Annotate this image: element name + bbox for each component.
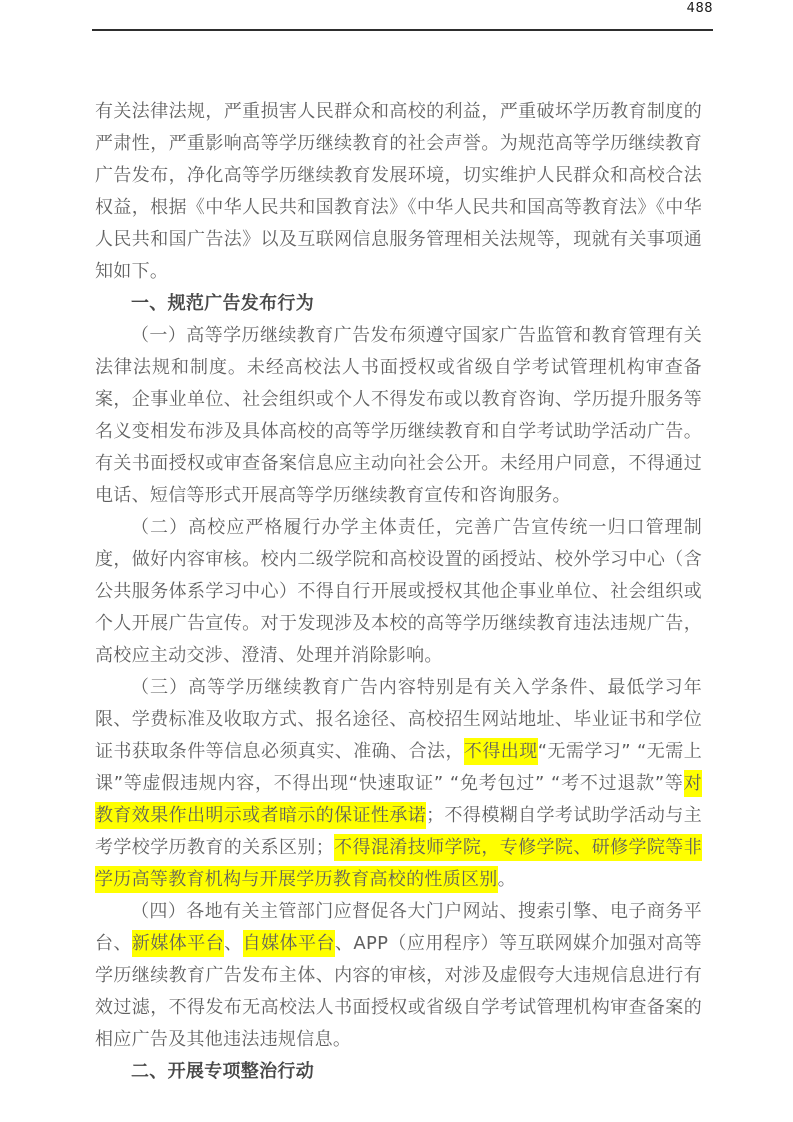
paragraph: 有关法律法规，严重损害人民群众和高校的利益，严重破坏学历教育制度的严肃性，严重影… (95, 96, 702, 288)
paragraph: （四）各地有关主管部门应督促各大门户网站、搜索引擎、电子商务平台、新媒体平台、自… (95, 896, 702, 1056)
highlighted-text: 自媒体平台 (243, 930, 335, 957)
header-rule (92, 29, 713, 31)
highlighted-text: 不得出现 (464, 738, 538, 765)
text-run: 有关法律法规，严重损害人民群众和高校的利益，严重破坏学历教育制度的严肃性，严重影… (95, 101, 702, 282)
text-run: （二）高校应严格履行办学主体责任，完善广告宣传统一归口管理制度，做好内容审核。校… (95, 517, 702, 666)
text-run: （一）高等学历继续教育广告发布须遵守国家广告监管和教育管理有关法律法规和制度。未… (95, 325, 702, 506)
page-number: 488 (687, 1, 713, 16)
text-run: 二、开展专项整治行动 (131, 1061, 314, 1082)
document-page: 488 有关法律法规，严重损害人民群众和高校的利益，严重破坏学历教育制度的严肃性… (0, 0, 793, 1122)
text-run: 。 (498, 869, 516, 890)
document-body: 有关法律法规，严重损害人民群众和高校的利益，严重破坏学历教育制度的严肃性，严重影… (95, 96, 702, 1088)
text-run: 、 (224, 933, 242, 954)
paragraph: （一）高等学历继续教育广告发布须遵守国家广告监管和教育管理有关法律法规和制度。未… (95, 320, 702, 512)
highlighted-text: 新媒体平台 (132, 930, 224, 957)
text-run: 一、规范广告发布行为 (131, 293, 314, 314)
paragraph: （二）高校应严格履行办学主体责任，完善广告宣传统一归口管理制度，做好内容审核。校… (95, 512, 702, 672)
section-heading: 一、规范广告发布行为 (95, 288, 702, 320)
paragraph: （三）高等学历继续教育广告内容特别是有关入学条件、最低学习年限、学费标准及收取方… (95, 672, 702, 896)
section-heading: 二、开展专项整治行动 (95, 1056, 702, 1088)
